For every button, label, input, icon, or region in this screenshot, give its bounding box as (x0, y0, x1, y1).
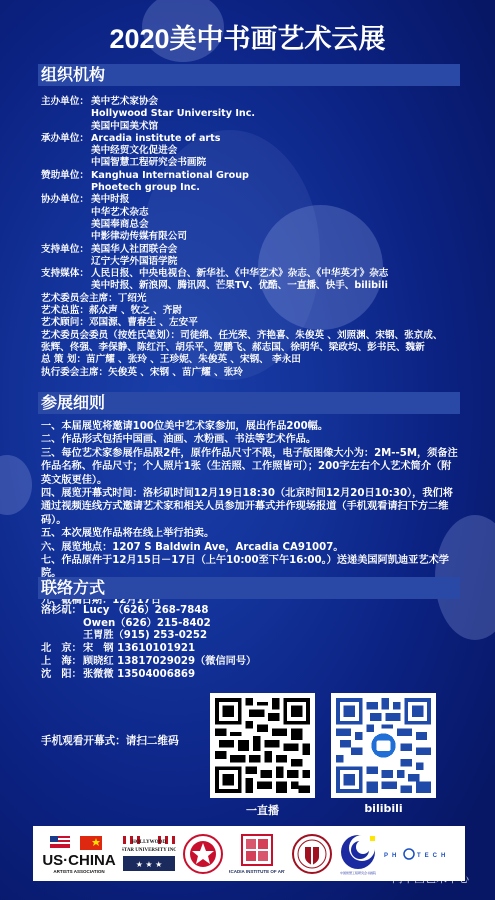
wechat-icon (377, 872, 389, 885)
group-item: 美国中国美术馆 (41, 121, 442, 133)
group-item: Kanghua International Group (91, 170, 249, 182)
page-title: 2020美中书画艺术云展 (0, 17, 495, 56)
logo-phoetech: PH TECH (384, 844, 456, 864)
svg-text:中国智慧工程研究会书画院: 中国智慧工程研究会书画院 (340, 870, 376, 875)
rule-item: 四、展览开幕式时间：洛杉矶时间12月19日18:30（北京时间12月20日10:… (41, 487, 461, 527)
svg-text:ARCADIA INSTITUTE OF ARTS: ARCADIA INSTITUTE OF ARTS (229, 869, 285, 874)
group-label: 主办单位： (41, 96, 91, 108)
section-heading-organization: 组织机构 (38, 64, 460, 86)
contact-city: 沈 阳： (41, 669, 83, 682)
group-item: 美中艺术家协会 (91, 96, 158, 108)
contact-city: 北 京： (41, 643, 83, 656)
bilibili-tv-icon (376, 741, 390, 752)
committee-line: 艺术委员会主席：丁绍光 (41, 293, 442, 305)
svg-text:TECH: TECH (417, 853, 449, 859)
group-label: 支持媒体： (41, 268, 91, 280)
contact-value: Owen（626）215-8402 (41, 618, 256, 631)
qr-code-icon (336, 698, 431, 793)
logo-arcadia-institute-of-arts: ARCADIA INSTITUTE OF ARTS (229, 833, 285, 875)
committee-line: 艺术顾问：邓国源、曹春生 、左安平 (41, 317, 442, 329)
contact-value: Lucy （626）268-7848 (83, 605, 208, 618)
section-heading-rules: 参展细则 (38, 392, 460, 414)
logo-crest-seal (291, 833, 333, 875)
svg-text:HOLLYWOOD: HOLLYWOOD (132, 840, 166, 845)
logo-crescent: 中国智慧工程研究会书画院 (339, 833, 379, 875)
group-item: 辽宁大学外国语学院 (41, 256, 442, 268)
group-label: 赞助单位： (41, 170, 91, 182)
section-heading-contact: 联络方式 (38, 577, 460, 599)
watermark-text: 阿卡西艺术中心 (392, 870, 469, 886)
contact-value: 宋 钢 13610101921 (83, 643, 195, 656)
qr-code-bilibili[interactable] (331, 693, 436, 798)
logo-hollywood-star-university: HOLLYWOOD STAR UNIVERSITY INC ★ ★ ★ (122, 835, 176, 873)
group-item: Phoetech group Inc. (41, 182, 442, 194)
scan-instruction: 手机观看开幕式：请扫二维码 (41, 733, 179, 748)
committee-line: 总 策 划：苗广耀 、张玲 、王珍妮、朱俊英 、宋钢、 李永田 (41, 354, 442, 366)
group-item: 人民日报、中央电视台、新华社、《中华艺术》杂志、《中华英才》杂志 (91, 268, 388, 280)
group-item: 美中经贸文化促进会 (41, 145, 442, 157)
group-item: 美中时报、新浪网、腾讯网、芒果TV、优酷、一直播、快手、bilibili (41, 280, 442, 292)
committee-line: 执行委会主席：矢俊英 、宋钢 、苗广耀 、张玲 (41, 367, 442, 379)
group-label: 协办单位： (41, 194, 91, 206)
svg-text:US·CHINA: US·CHINA (42, 852, 115, 869)
svg-text:★ ★ ★: ★ ★ ★ (136, 860, 163, 869)
contact-list: 洛杉矶：Lucy （626）268-7848 Owen（626）215-8402… (41, 605, 256, 681)
group-item: 中国智慧工程研究会书画院 (41, 157, 442, 169)
wechat-watermark: 阿卡西艺术中心 (377, 870, 469, 886)
qr-code-yizhibo[interactable] (210, 693, 315, 798)
group-item: 美中时报 (91, 194, 129, 206)
organization-list: 主办单位：美中艺术家协会 Hollywood Star University I… (41, 96, 442, 379)
group-item: 美国奉商总会 (41, 219, 442, 231)
group-item: 美国华人社团联合会 (91, 244, 177, 256)
contact-value: 张微微 13504006869 (83, 669, 195, 682)
qr-label: 一直播 (210, 802, 315, 818)
contact-city: 洛杉矶： (41, 605, 83, 618)
committee-line: 张辉、佟强、李保静、陈红汗、胡乐平、贺鹏飞、郝志国、徐明华、梁政均、彭书民、魏新 (41, 342, 442, 354)
group-item: Arcadia institute of arts (91, 133, 220, 145)
svg-text:STAR UNIVERSITY INC: STAR UNIVERSITY INC (122, 848, 176, 853)
svg-text:PH: PH (384, 853, 400, 859)
contact-city: 上 海： (41, 656, 83, 669)
committee-line: 艺术总监：郝众声 、牧之 、齐尉 (41, 305, 442, 317)
logo-us-china-artists-association: US·CHINA ARTISTS ASSOCIATION (42, 833, 117, 875)
qr-label: bilibili (331, 802, 436, 815)
committee-line: 艺术委员会委员（按姓氏笔划）：司徒绵、任光荣、齐艳喜、朱俊英 、刘照渊、宋钢、张… (41, 330, 442, 342)
group-label: 承办单位： (41, 133, 91, 145)
group-item: Hollywood Star University Inc. (41, 108, 442, 120)
rule-item: 三、每位艺术家参展作品限2件，原作作品尺寸不限，电子版图像大小为：2M--5M，… (41, 447, 461, 487)
decorative-circle (0, 455, 32, 515)
rule-item: 五、本次展览作品将在线上举行拍卖。 (41, 527, 461, 540)
qr-code-icon (215, 698, 310, 793)
logo-star-seal (182, 833, 224, 875)
rule-item: 二、作品形式包括中国画、油画、水粉画、书法等艺术作品。 (41, 433, 461, 446)
group-item: 中影律动传媒有限公司 (41, 231, 442, 243)
group-item: 中华艺术杂志 (41, 207, 442, 219)
contact-value: 顾晓红 13817029029（微信同号） (83, 656, 256, 669)
contact-value: 王胃胜（915) 253-0252 (41, 630, 256, 643)
svg-text:ARTISTS ASSOCIATION: ARTISTS ASSOCIATION (53, 869, 104, 874)
rule-item: 六、展览地点：1207 S Baldwin Ave，Arcadia CA9100… (41, 541, 461, 554)
rule-item: 一、本届展览将邀请100位美中艺术家参加，展出作品200幅。 (41, 420, 461, 433)
group-label: 支持单位： (41, 244, 91, 256)
